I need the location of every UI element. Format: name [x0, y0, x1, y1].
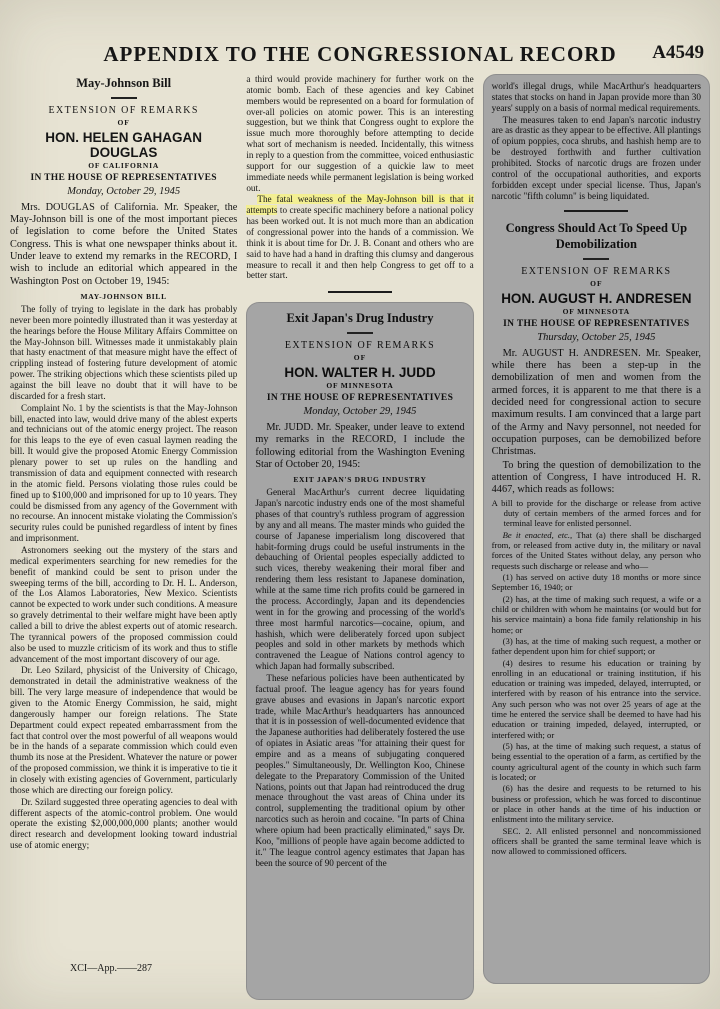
chamber-line: IN THE HOUSE OF REPRESENTATIVES	[255, 393, 464, 403]
bill-caption: A bill to provide for the discharge or r…	[492, 498, 701, 529]
column-1: May-Johnson Bill EXTENSION OF REMARKS OF…	[10, 74, 237, 1002]
bill-clause: (1) has served on active duty 18 months …	[492, 572, 701, 593]
bill-clause: (5) has, at the time of making such requ…	[492, 741, 701, 782]
speech-paragraph: Mr. AUGUST H. ANDRESEN. Mr. Speaker, whi…	[492, 348, 701, 459]
chamber-line: IN THE HOUSE OF REPRESENTATIVES	[10, 173, 237, 183]
kicker-of: OF	[10, 118, 237, 127]
speaker-name: HON. HELEN GAHAGAN DOUGLAS	[10, 130, 237, 160]
dateline: Monday, October 29, 1945	[255, 406, 464, 417]
bill-clause: (2) has, at the time of making such requ…	[492, 594, 701, 635]
gray-highlight-block article-exit-japans-drug-industry: Exit Japan's Drug Industry EXTENSION OF …	[246, 302, 473, 1000]
article-title: Exit Japan's Drug Industry	[261, 311, 458, 327]
editorial-paragraph: General MacArthur's current decree liqui…	[255, 487, 464, 672]
dateline: Monday, October 29, 1945	[10, 186, 237, 197]
congressional-record-page: APPENDIX TO THE CONGRESSIONAL RECORD A45…	[0, 0, 720, 1009]
editorial-paragraph: Complaint No. 1 by the scientists is tha…	[10, 403, 237, 544]
article-separator-rule	[564, 210, 628, 212]
gray-highlight-block: world's illegal drugs, while MacArthur's…	[483, 74, 710, 984]
kicker: EXTENSION OF REMARKS	[492, 266, 701, 277]
editorial-subheading: MAY-JOHNSON BILL	[10, 292, 237, 301]
bill-clause: (6) has the desire and requests to be re…	[492, 783, 701, 824]
title-rule	[347, 332, 373, 334]
masthead: APPENDIX TO THE CONGRESSIONAL RECORD A45…	[0, 0, 720, 70]
section-2-label: SEC. 2.	[503, 826, 532, 836]
three-column-layout: May-Johnson Bill EXTENSION OF REMARKS OF…	[0, 70, 720, 1002]
section-2: SEC. 2. All enlisted personnel and nonco…	[492, 826, 701, 857]
editorial-paragraph: Astronomers seeking out the mystery of t…	[10, 545, 237, 664]
speaker-state: OF CALIFORNIA	[10, 161, 237, 170]
speaker-name: HON. AUGUST H. ANDRESEN	[492, 291, 701, 306]
editorial-paragraph: These nefarious policies have been authe…	[255, 673, 464, 868]
title-rule	[583, 258, 609, 260]
page-number: A4549	[652, 42, 704, 64]
paragraph-rest: to create specific machinery before a na…	[246, 205, 473, 280]
editorial-paragraph-continued: a third would provide machinery for furt…	[246, 74, 473, 193]
speaker-state: OF MINNESOTA	[255, 381, 464, 390]
speaker-name: HON. WALTER H. JUDD	[255, 365, 464, 380]
bill-clause: (3) has, at the time of making such requ…	[492, 636, 701, 657]
article-title: May-Johnson Bill	[16, 76, 231, 92]
column-2: a third would provide machinery for furt…	[246, 74, 473, 1002]
editorial-paragraph: Dr. Leo Szilard, physicist of the Univer…	[10, 665, 237, 795]
kicker-of: OF	[255, 353, 464, 362]
editorial-subheading: EXIT JAPAN'S DRUG INDUSTRY	[255, 475, 464, 484]
editorial-paragraph: Dr. Szilard suggested three operating ag…	[10, 797, 237, 851]
column-3: world's illegal drugs, while MacArthur's…	[483, 74, 710, 1002]
kicker: EXTENSION OF REMARKS	[10, 105, 237, 116]
chamber-line: IN THE HOUSE OF REPRESENTATIVES	[492, 319, 701, 329]
editorial-paragraph-continued: world's illegal drugs, while MacArthur's…	[492, 81, 701, 114]
bill-clause: (4) desires to resume his education or t…	[492, 658, 701, 741]
article-may-johnson-bill: May-Johnson Bill EXTENSION OF REMARKS OF…	[10, 74, 237, 852]
article-title: Congress Should Act To Speed Up Demobili…	[498, 221, 695, 252]
article-separator-rule	[328, 291, 392, 293]
kicker: EXTENSION OF REMARKS	[255, 340, 464, 351]
editorial-paragraph: The folly of trying to legislate in the …	[10, 304, 237, 402]
speech-paragraph: Mr. JUDD. Mr. Speaker, under leave to ex…	[255, 422, 464, 471]
print-signature: XCI—App.——287	[10, 955, 237, 1002]
speech-paragraph: Mrs. DOUGLAS of California. Mr. Speaker,…	[10, 202, 237, 288]
article-demobilization: Congress Should Act To Speed Up Demobili…	[492, 221, 701, 856]
enacting-lead: Be it enacted, etc.,	[503, 530, 573, 540]
header-title: APPENDIX TO THE CONGRESSIONAL RECORD	[0, 42, 720, 67]
editorial-paragraph: The measures taken to end Japan's narcot…	[492, 115, 701, 202]
speech-paragraph: To bring the question of demobilization …	[492, 460, 701, 497]
dateline: Thursday, October 25, 1945	[492, 332, 701, 343]
enacting-clause: Be it enacted, etc., That (a) there shal…	[492, 530, 701, 571]
speaker-state: OF MINNESOTA	[492, 307, 701, 316]
kicker-of: OF	[492, 279, 701, 288]
title-rule	[111, 97, 137, 99]
editorial-paragraph: The fatal weakness of the May-Johnson bi…	[246, 194, 473, 281]
